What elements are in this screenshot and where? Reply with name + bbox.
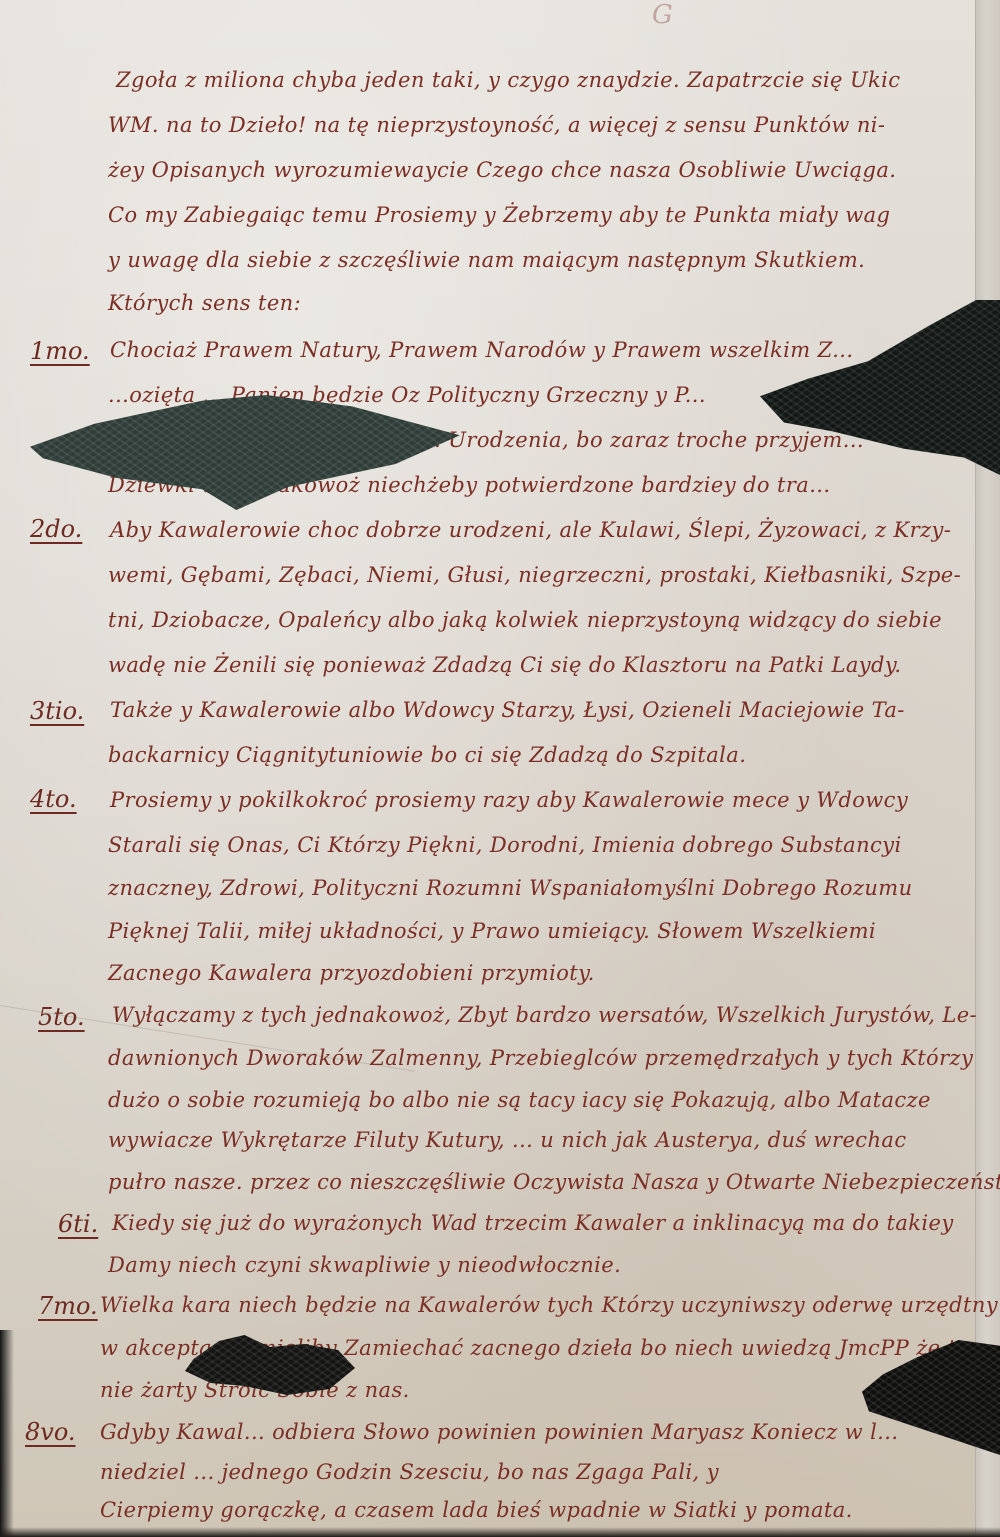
point-3-line: Także y Kawalerowie albo Wdowcy Starzy, … bbox=[110, 700, 905, 721]
point-number-3: 3tio. bbox=[30, 697, 84, 725]
intro-line: WM. na to Dzieło! na tę nieprzystoyność,… bbox=[108, 115, 885, 136]
manuscript-page: G Zgoła z miliona chyba jeden taki, y cz… bbox=[0, 0, 1000, 1537]
point-number-6: 6ti. bbox=[58, 1210, 98, 1238]
point-2-line: tni, Dziobacze, Opaleńcy albo jaką kolwi… bbox=[108, 610, 942, 631]
point-number-5: 5to. bbox=[38, 1003, 85, 1031]
point-number-1: 1mo. bbox=[30, 337, 90, 365]
point-3-line: backarnicy Ciągnitytuniowie bo ci się Zd… bbox=[108, 745, 746, 766]
point-number-2: 2do. bbox=[30, 515, 82, 543]
point-8-line: Gdyby Kawal... odbiera Słowo powinien po… bbox=[100, 1422, 898, 1443]
point-1-line: Chociaż Prawem Natury, Prawem Narodów y … bbox=[110, 340, 853, 361]
point-5-line: Wyłączamy z tych jednakowoż, Zbyt bardzo… bbox=[112, 1005, 977, 1026]
point-number-7: 7mo. bbox=[38, 1292, 98, 1320]
page-edge-shadow bbox=[0, 1527, 1000, 1537]
point-6-line: Damy niech czyni skwapliwie y nieodwłocz… bbox=[108, 1255, 621, 1276]
point-7-line: Wielka kara niech będzie na Kawalerów ty… bbox=[100, 1295, 998, 1316]
point-4-line: Pięknej Talii, miłej układności, y Prawo… bbox=[108, 921, 876, 942]
intro-line: y uwagę dla siebie z szczęśliwie nam mai… bbox=[108, 250, 865, 271]
point-5-line: dawnionych Dworaków Zalmenny, Przebieglc… bbox=[108, 1048, 973, 1069]
intro-line: Zgoła z miliona chyba jeden taki, y czyg… bbox=[116, 70, 900, 91]
point-1-line: ... Urodzenia, bo zaraz troche przyjem..… bbox=[420, 430, 864, 451]
point-8-line: niedziel ... jednego Godzin Szesciu, bo … bbox=[100, 1462, 719, 1483]
point-number-8: 8vo. bbox=[25, 1418, 75, 1446]
point-4-line: Zacnego Kawalera przyozdobieni przymioty… bbox=[108, 963, 595, 984]
point-8-line: Cierpiemy gorączkę, a czasem lada bieś w… bbox=[100, 1500, 853, 1521]
intro-line: Których sens ten: bbox=[108, 293, 301, 314]
point-5-line: wywiacze Wykrętarze Filuty Kutury, ... u… bbox=[108, 1130, 906, 1151]
point-5-line: dużo o sobie rozumieją bo albo nie są ta… bbox=[108, 1090, 931, 1111]
page-edge-shadow bbox=[0, 1330, 14, 1537]
intro-line: Co my Zabiegaiąc temu Prosiemy y Żebrzem… bbox=[108, 205, 890, 226]
point-2-line: wadę nie Żenili się ponieważ Zdadzą Ci s… bbox=[108, 655, 901, 676]
point-4-line: znaczney, Zdrowi, Polityczni Rozumni Wsp… bbox=[108, 878, 913, 899]
top-mark: G bbox=[652, 0, 673, 30]
point-4-line: Starali się Onas, Ci Którzy Piękni, Doro… bbox=[108, 835, 902, 856]
point-4-line: Prosiemy y pokilkokroć prosiemy razy aby… bbox=[110, 790, 908, 811]
point-2-line: Aby Kawalerowie choc dobrze urodzeni, al… bbox=[110, 520, 951, 541]
point-6-line: Kiedy się już do wyrażonych Wad trzecim … bbox=[112, 1213, 954, 1234]
point-2-line: wemi, Gębami, Zębaci, Niemi, Głusi, nieg… bbox=[108, 565, 961, 586]
point-number-4: 4to. bbox=[30, 785, 77, 813]
point-5-line: pułro nasze. przez co nieszczęśliwie Ocz… bbox=[108, 1172, 1000, 1193]
intro-line: żey Opisanych wyrozumiewaycie Czego chce… bbox=[108, 160, 896, 181]
